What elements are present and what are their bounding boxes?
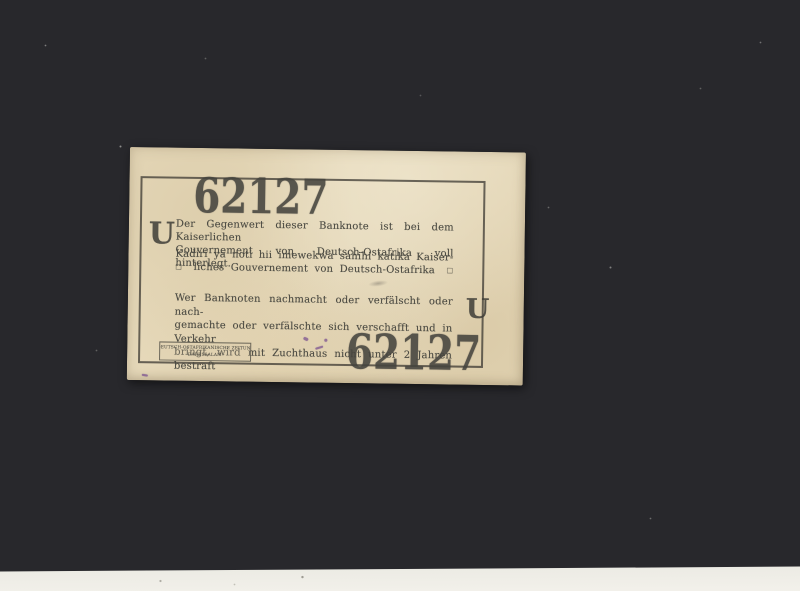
printer-imprint-line2: · DARESSALAM · [185, 352, 225, 357]
printer-imprint-line1: DEUTSCH-OSTAFRIKANISCHE ZEITUNG [159, 345, 251, 351]
penalty-clause-line1: Wer Banknoten nachmacht oder verfälscht … [175, 292, 453, 323]
photo-scene: 62127 U Der Gegenwert dieser Banknote is… [0, 0, 800, 591]
purple-ink-mark [142, 374, 148, 377]
serial-number-bottom: 62127 [346, 331, 482, 376]
square-ornament-right: □ [446, 267, 453, 274]
swahili-clause: Kadiri ya noti hii imewekwa sahihi katik… [175, 248, 453, 278]
series-letter-left: U [149, 221, 176, 247]
purple-ink-mark [324, 339, 327, 342]
dust-specks [0, 0, 1, 1]
square-ornament-left: □ [175, 264, 182, 271]
scan-edge-strip [0, 567, 800, 591]
banknote: 62127 U Der Gegenwert dieser Banknote is… [127, 147, 526, 386]
printer-imprint: DEUTSCH-OSTAFRIKANISCHE ZEITUNG · DARESS… [159, 341, 251, 361]
german-clause-line1: Der Gegenwert dieser Banknote ist bei de… [176, 218, 454, 248]
series-letter-right: U [466, 298, 490, 321]
serial-number-top: 62127 [193, 175, 329, 220]
